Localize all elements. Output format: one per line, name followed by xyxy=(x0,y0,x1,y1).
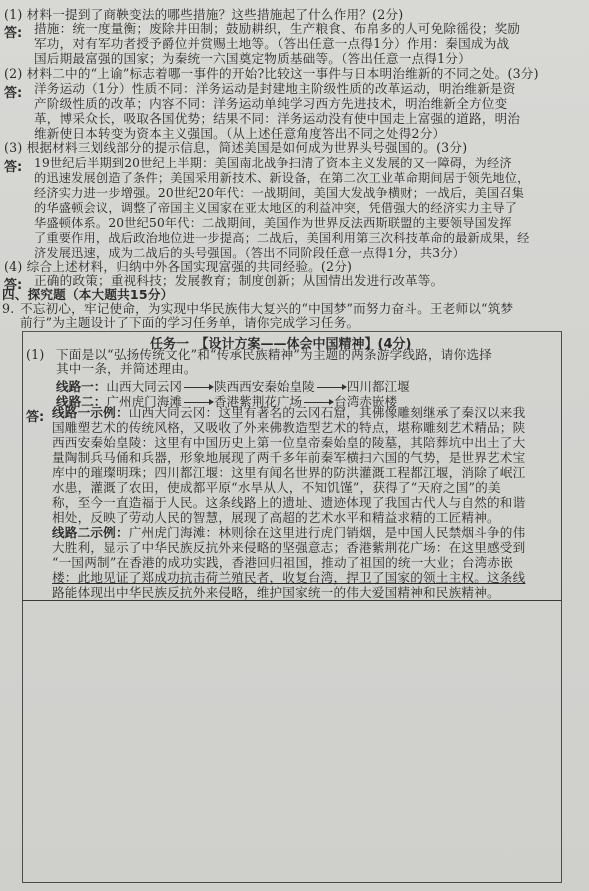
q3-answer-label: 答: xyxy=(4,156,22,175)
task1-answer-line: 大胜利，显示了中华民族反抗外来侵略的坚强意志；香港紫荆花广场：在这里感受到 xyxy=(52,541,525,555)
q1-answer-line: 国后期最富强的国家；为秦统一六国奠定物质基础等。（答出任意一点得1分） xyxy=(34,52,471,66)
q2-number: (2) xyxy=(4,66,22,81)
q4-number: (4) xyxy=(4,259,22,274)
task1-answer-line: 相处，反映了劳动人民的智慧，展现了高超的艺术水平和精益求精的工匠精神。 xyxy=(52,511,500,525)
q3-answer-line: 的迅速发展创造了条件；美国采用新技术、新设备，在第二次工业革命期间居于领先地位， xyxy=(34,171,530,185)
task1-answer-line: 楼：此地见证了郑成功抗击荷兰殖民者，收复台湾，捍卫了国家的领土主权。这条线 xyxy=(52,571,525,585)
q4-text: 综合上述材料，归纳中外各国实现富强的共同经验。(2分) xyxy=(27,259,353,274)
q3-text: 根据材料三划线部分的提示信息，简述美国是如何成为世界头号强国的。(3分) xyxy=(27,140,468,155)
q3-answer-line: 19世纪后半期到20世纪上半期：美国南北战争扫清了资本主义发展的又一障碍，为经济 xyxy=(34,156,512,170)
section4-heading: 四、探究题（本大题共15分） xyxy=(2,288,173,302)
task1-answer-line: 库中的璀璨明珠；四川都江堰：这里有闻名世界的防洪灌溉工程都江堰，消除了岷江 xyxy=(52,466,525,480)
task1-answer-line: 量陶制兵马俑和兵器，形象地展现了两千多年前秦军横扫六国的气势，是世界艺术宝 xyxy=(52,451,525,465)
q2-answer-line: 产阶级性质的改革；内容不同：洋务运动单纯学习西方先进技术，明治维新全方位变 xyxy=(34,97,507,111)
exam-answer-page: (1) 材料一提到了商鞅变法的哪些措施？这些措施起了什么作用？(2分) 答: 措… xyxy=(0,0,589,891)
q1-number: (1) xyxy=(4,7,22,22)
task1-answer-line: 西西安秦始皇陵：这里有中国历史上第一位皇帝秦始皇的陵墓，其陪葬坑中出土了大 xyxy=(52,436,525,450)
arrow-right-icon xyxy=(184,387,212,388)
answer-text: 广州虎门海滩：林则徐在这里进行虎门销烟，是中国人民禁烟斗争的伟 xyxy=(129,525,526,540)
task1-question-number: (1) xyxy=(26,348,44,362)
task1-answer-line: “一国两制”在香港的成功实践，香港回归祖国，推动了祖国的统一大业；台湾赤嵌 xyxy=(52,556,513,570)
task1-answer-line: 水患，灌溉了农田，使成都平原“水旱从人，不知饥馑”，获得了“天府之国”的美 xyxy=(52,481,501,495)
q3-answer-line: 了重要作用，战后政治地位进一步提高；二战后，美国利用第三次科技革命的最新成果，经 xyxy=(34,231,530,245)
q9-intro-line: 不忘初心，牢记使命，为实现中华民族伟大复兴的“中国梦”而努力奋斗。王老师以“筑梦 xyxy=(20,302,513,316)
task1-answer-line: 线路一示例：山西大同云冈：这里有著名的云冈石窟，其佛像雕刻继承了秦汉以来我 xyxy=(52,406,525,420)
q3-answer-line: 华盛顿体系。20世纪50年代：二战期间，美国作为世界反法西斯联盟的主要领导国发挥 xyxy=(34,216,512,230)
q1-answer-line: 军功，对有军功者授予爵位并赏赐土地等。（答出任意一点得1分）作用：秦国成为战 xyxy=(34,37,509,51)
q2-answer-line: 洋务运动（1分）性质不同：洋务运动是封建地主阶级性质的改革运动，明治维新是资 xyxy=(34,82,516,96)
q1-answer-line: 措施：统一度量衡；废除井田制；鼓励耕织，生产粮食、布帛多的人可免除徭役；奖励 xyxy=(34,22,520,36)
task1-question-line: 下面是以“弘扬传统文化”和“传承民族精神”为主题的两条游学线路，请你选择 xyxy=(56,348,492,362)
q2-answer-line: 维新使日本转变为资本主义强国。（从上述任意角度答出不同之处得2分） xyxy=(34,127,445,141)
q4-answer-line: 正确的政策；重视科技；发展教育；制度创新；从国情出发进行改革等。 xyxy=(34,274,443,288)
arrow-right-icon xyxy=(304,402,332,403)
q1-answer-label: 答: xyxy=(4,22,22,41)
q1-text: 材料一提到了商鞅变法的哪些措施？这些措施起了什么作用？(2分) xyxy=(27,7,404,22)
task1-answer-line: 称，至今一直造福于人民。这条线路上的遗址、遗迹体现了我国古代人与自然的和谐 xyxy=(52,496,525,510)
q3-question: (3) 根据材料三划线部分的提示信息，简述美国是如何成为世界头号强国的。(3分) xyxy=(4,141,467,155)
q2-question: (2) 材料二中的“上谕”标志着哪一事件的开始?比较这一事件与日本明治维新的不同… xyxy=(4,67,539,81)
task1-answer-line: 国雕塑艺术的传统风格，又吸收了外来佛教造型艺术的特点，堪称雕刻艺术精品；陕 xyxy=(52,421,525,435)
task1-answer-line: 线路二示例：广州虎门海滩：林则徐在这里进行虎门销烟，是中国人民禁烟斗争的伟 xyxy=(52,526,525,540)
task-divider xyxy=(22,600,562,601)
answer-bold-lead: 线路二示例： xyxy=(52,525,129,540)
arrow-right-icon xyxy=(317,387,345,388)
q3-answer-line: 的华盛顿会议，调整了帝国主义国家在亚太地区的利益冲突，凭借强大的经济实力主导了 xyxy=(34,201,517,215)
q2-answer-label: 答: xyxy=(4,82,22,101)
answer-text: 山西大同云冈：这里有著名的云冈石窟，其佛像雕刻继承了秦汉以来我 xyxy=(129,405,526,420)
q4-question: (4) 综合上述材料，归纳中外各国实现富强的共同经验。(2分) xyxy=(4,260,352,274)
task1-answer-label: 答: xyxy=(26,406,44,425)
q9-intro-line: 前行”为主题设计了下面的学习任务单，请你完成学习任务。 xyxy=(20,316,359,330)
arrow-right-icon xyxy=(184,402,212,403)
task1-answer-line: 路能体现出中华民族反抗外来侵略，维护国家统一的伟大爱国精神和民族精神。 xyxy=(52,586,500,600)
q3-answer-line: 济发展迅速，成为二战后的头号强国。（答出不同阶段任意一点得1分，共3分） xyxy=(34,246,465,260)
q3-number: (3) xyxy=(4,140,22,155)
q3-answer-line: 经济实力进一步增强。20世纪20年代：一战期间，美国大发战争横财；一战后，美国召… xyxy=(34,186,524,200)
q1-question: (1) 材料一提到了商鞅变法的哪些措施？这些措施起了什么作用？(2分) xyxy=(4,8,403,22)
answer-bold-lead: 线路一示例： xyxy=(52,405,129,420)
q2-text: 材料二中的“上谕”标志着哪一事件的开始?比较这一事件与日本明治维新的不同之处。(… xyxy=(27,66,539,81)
task1-question-line: 其中一条，并简述理由。 xyxy=(56,362,197,376)
q9-number: 9. xyxy=(2,302,14,316)
q2-answer-line: 革，博采众长，吸取各国优势；结果不同：洋务运动没有使中国走上富强的道路，明治 xyxy=(34,112,520,126)
